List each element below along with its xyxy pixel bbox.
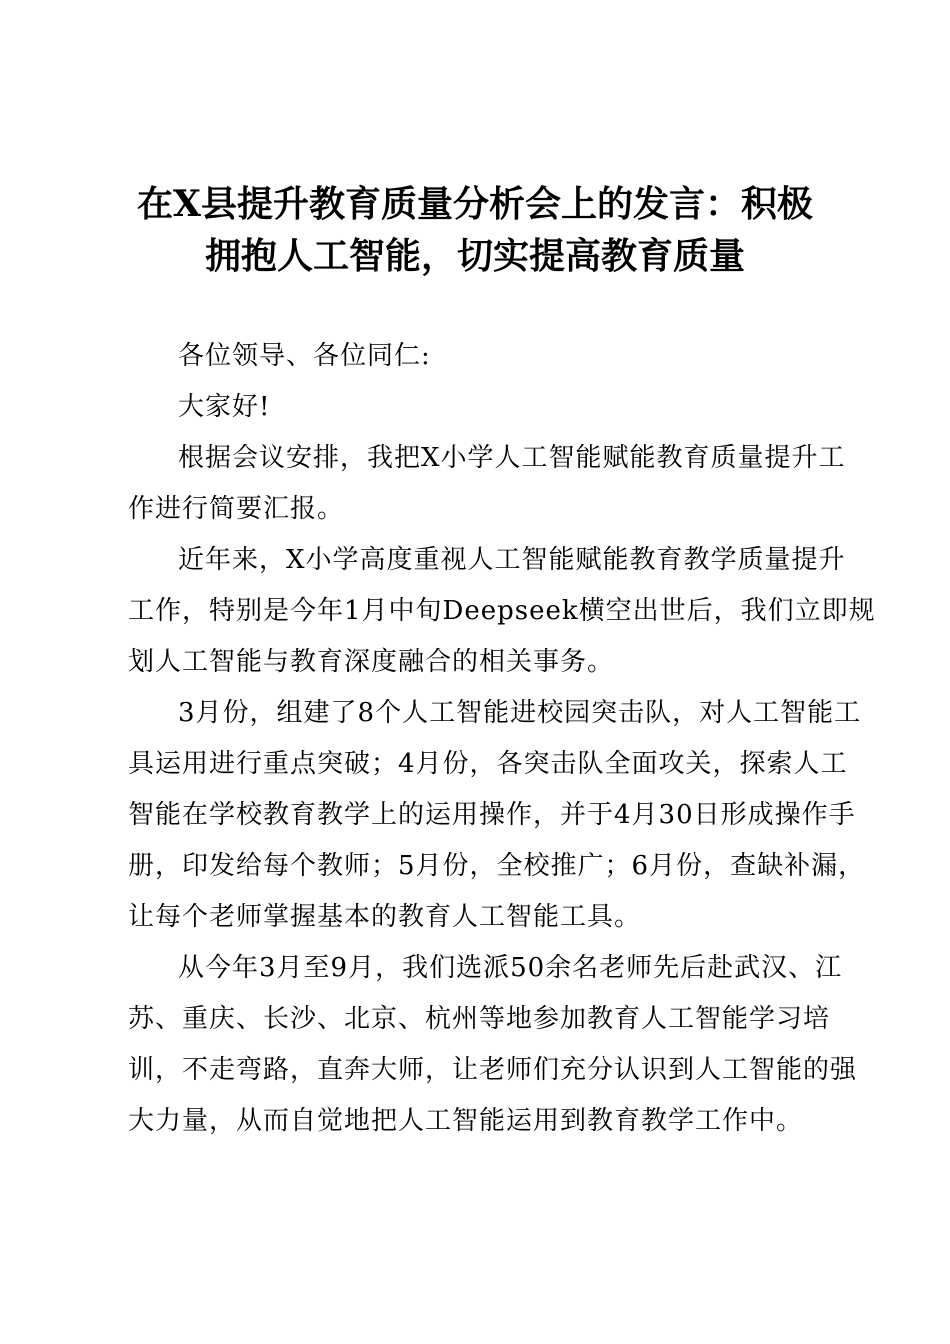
text-line: 具运用进行重点突破；4月份，各突击队全面攻关，探索人工	[128, 744, 838, 795]
text-line: 智能在学校教育教学上的运用操作，并于4月30日形成操作手	[128, 795, 838, 846]
text-line: 让每个老师掌握基本的教育人工智能工具。	[128, 897, 838, 948]
document-page: 在X县提升教育质量分析会上的发言：积极 拥抱人工智能，切实提高教育质量 各位领导…	[0, 0, 950, 1344]
text-line: 各位领导、各位同仁:	[128, 336, 838, 387]
title-line: 在X县提升教育质量分析会上的发言：积极	[100, 178, 850, 230]
salutation-paragraph: 各位领导、各位同仁:	[128, 336, 838, 387]
document-title: 在X县提升教育质量分析会上的发言：积极 拥抱人工智能，切实提高教育质量	[100, 178, 850, 282]
document-body: 各位领导、各位同仁: 大家好! 根据会议安排，我把X小学人工智能赋能教育质量提升…	[128, 336, 838, 1152]
text-line: 从今年3月至9月，我们选派50余名老师先后赴武汉、江	[128, 948, 838, 999]
timeline-paragraph: 3月份，组建了8个人工智能进校园突击队，对人工智能工 具运用进行重点突破；4月份…	[128, 693, 838, 948]
text-line: 苏、重庆、长沙、北京、杭州等地参加教育人工智能学习培	[128, 999, 838, 1050]
text-line: 训，不走弯路，直奔大师，让老师们充分认识到人工智能的强	[128, 1050, 838, 1101]
text-line: 近年来，X小学高度重视人工智能赋能教育教学质量提升	[128, 540, 838, 591]
text-line: 划人工智能与教育深度融合的相关事务。	[128, 642, 838, 693]
text-line: 作进行简要汇报。	[128, 489, 838, 540]
greeting-paragraph: 大家好!	[128, 387, 838, 438]
text-line: 工作，特别是今年1月中旬Deepseek横空出世后，我们立即规	[128, 591, 838, 642]
text-line: 大家好!	[128, 387, 838, 438]
title-line: 拥抱人工智能，切实提高教育质量	[100, 230, 850, 282]
background-paragraph: 近年来，X小学高度重视人工智能赋能教育教学质量提升 工作，特别是今年1月中旬De…	[128, 540, 838, 693]
training-paragraph: 从今年3月至9月，我们选派50余名老师先后赴武汉、江 苏、重庆、长沙、北京、杭州…	[128, 948, 838, 1152]
text-line: 3月份，组建了8个人工智能进校园突击队，对人工智能工	[128, 693, 838, 744]
text-line: 根据会议安排，我把X小学人工智能赋能教育质量提升工	[128, 438, 838, 489]
text-line: 大力量，从而自觉地把人工智能运用到教育教学工作中。	[128, 1101, 838, 1152]
intro-paragraph: 根据会议安排，我把X小学人工智能赋能教育质量提升工 作进行简要汇报。	[128, 438, 838, 540]
text-line: 册，印发给每个教师；5月份，全校推广；6月份，查缺补漏，	[128, 846, 838, 897]
